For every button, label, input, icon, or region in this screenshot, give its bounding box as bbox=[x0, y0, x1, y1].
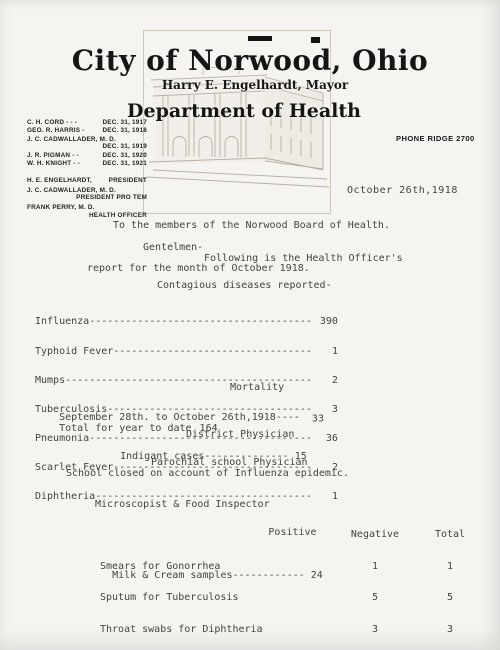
officer-title: PRESIDENT bbox=[109, 177, 147, 185]
term-expiry-date: DEC. 31, 1917 bbox=[102, 119, 147, 127]
disease-count: 390 bbox=[312, 317, 338, 327]
disease-count: 36 bbox=[312, 434, 338, 444]
officer-row: FRANK PERRY, M. D. HEALTH OFFICER bbox=[27, 204, 147, 220]
negative-count: 3 bbox=[325, 625, 425, 635]
milk-count: 24 bbox=[311, 570, 323, 581]
board-term-row: J. C. CADWALLADER, M. D. DEC. 31, 1919 bbox=[27, 136, 147, 152]
column-header-total: Total bbox=[425, 530, 475, 540]
positive-count bbox=[260, 625, 325, 635]
intro-line-2: report for the month of October 1918. bbox=[87, 263, 310, 274]
officer-name: H. E. ENGELHARDT, bbox=[27, 177, 92, 185]
district-physician-heading: District Physician bbox=[186, 429, 294, 440]
letter-date: October 26th,1918 bbox=[347, 185, 458, 196]
term-expiry-date: DEC. 31, 1921 bbox=[102, 160, 147, 168]
mortality-heading: Mortality bbox=[230, 382, 284, 393]
negative-count: 1 bbox=[325, 562, 425, 572]
leader-dashes: ------------ bbox=[233, 570, 305, 581]
total-count: 1 bbox=[425, 562, 475, 572]
milk-label: Milk & Cream samples bbox=[112, 570, 232, 581]
lab-row: Sputum for Tuberculosis 5 5 bbox=[100, 593, 475, 603]
mortality-period-count: 33 bbox=[312, 414, 324, 425]
term-expiry-date: DEC. 31, 1920 bbox=[102, 152, 147, 160]
disease-count: 1 bbox=[312, 492, 338, 502]
column-header-negative: Negative bbox=[325, 530, 425, 540]
total-count: 5 bbox=[425, 593, 475, 603]
lab-row: Throat swabs for Diphtheria 3 3 bbox=[100, 625, 475, 635]
term-expiry-date: DEC. 31, 1919 bbox=[102, 143, 147, 151]
milk-cream-samples-line: Milk & Cream samples------------24 bbox=[88, 559, 323, 592]
mayor-line: Harry E. Engelhardt, Mayor bbox=[162, 78, 348, 92]
board-member-name: GEO. R. HARRIS - bbox=[27, 127, 85, 135]
disease-label: Influenza bbox=[35, 317, 89, 327]
addressee-line: To the members of the Norwood Board of H… bbox=[113, 220, 390, 231]
negative-count: 5 bbox=[325, 593, 425, 603]
disease-label: Diphtheria bbox=[35, 492, 95, 502]
phone-number: PHONE RIDGE 2700 bbox=[396, 134, 475, 143]
officer-name: J. C. CADWALLADER, M. D. bbox=[27, 187, 116, 195]
redaction-mark bbox=[248, 36, 272, 41]
board-term-row: W. H. KNIGHT - - DEC. 31, 1921 bbox=[27, 160, 147, 168]
lab-label-spacer bbox=[100, 530, 260, 540]
disease-row: Influenza-------------------------------… bbox=[35, 317, 338, 327]
board-member-name: J. C. CADWALLADER, M. D. bbox=[27, 136, 116, 144]
officer-row: J. C. CADWALLADER, M. D. PRESIDENT PRO T… bbox=[27, 187, 147, 203]
salutation: Gentelmen- bbox=[143, 242, 203, 253]
department-title: Department of Health bbox=[127, 100, 361, 122]
disease-label: Mumps bbox=[35, 376, 65, 386]
board-term-row: J. R. PIGMAN - - DEC. 31, 1920 bbox=[27, 152, 147, 160]
city-title: City of Norwood, Ohio bbox=[72, 44, 428, 77]
mortality-total-label: Total for year to date bbox=[59, 423, 191, 434]
redaction-mark bbox=[311, 37, 320, 43]
school-closed-note: School closed on account of Influenza ep… bbox=[66, 468, 349, 479]
officer-name: FRANK PERRY, M. D. bbox=[27, 204, 95, 212]
board-member-name: W. H. KNIGHT - - bbox=[27, 160, 80, 168]
board-members-list: C. H. CORD - - - DEC. 31, 1917 GEO. R. H… bbox=[27, 119, 147, 222]
total-count: 3 bbox=[425, 625, 475, 635]
disease-row: Typhoid Fever---------------------------… bbox=[35, 347, 338, 357]
term-expiry-date: DEC. 31, 1918 bbox=[102, 127, 147, 135]
leader-dashes: --------------------------------- bbox=[113, 347, 312, 357]
board-term-row: GEO. R. HARRIS - DEC. 31, 1918 bbox=[27, 127, 147, 135]
board-member-name: C. H. CORD - - - bbox=[27, 119, 77, 127]
lab-test-label: Sputum for Tuberculosis bbox=[100, 593, 260, 603]
officers-list: H. E. ENGELHARDT, PRESIDENT J. C. CADWAL… bbox=[27, 177, 147, 220]
column-header-positive: Positive bbox=[260, 528, 325, 538]
disease-label: Typhoid Fever bbox=[35, 347, 113, 357]
lab-test-label: Throat swabs for Diphtheria bbox=[100, 625, 260, 635]
parochial-heading: Parochial school Physician bbox=[151, 457, 308, 468]
contagious-heading: Contagious diseases reported- bbox=[157, 280, 332, 291]
officer-row: H. E. ENGELHARDT, PRESIDENT bbox=[27, 177, 147, 185]
disease-count: 1 bbox=[312, 347, 338, 357]
positive-count bbox=[260, 593, 325, 603]
officer-title: HEALTH OFFICER bbox=[89, 212, 147, 220]
scanned-letter-page: City of Norwood, Ohio Harry E. Engelhard… bbox=[0, 0, 500, 650]
officer-title: PRESIDENT PRO TEM bbox=[76, 194, 147, 202]
board-term-row: C. H. CORD - - - DEC. 31, 1917 bbox=[27, 119, 147, 127]
disease-row: Mumps-----------------------------------… bbox=[35, 376, 338, 386]
leader-dashes: ------------------------------------- bbox=[89, 317, 312, 327]
board-member-name: J. R. PIGMAN - - bbox=[27, 152, 79, 160]
lab-header-row: Positive Negative Total bbox=[100, 530, 475, 540]
disease-count: 2 bbox=[312, 376, 338, 386]
